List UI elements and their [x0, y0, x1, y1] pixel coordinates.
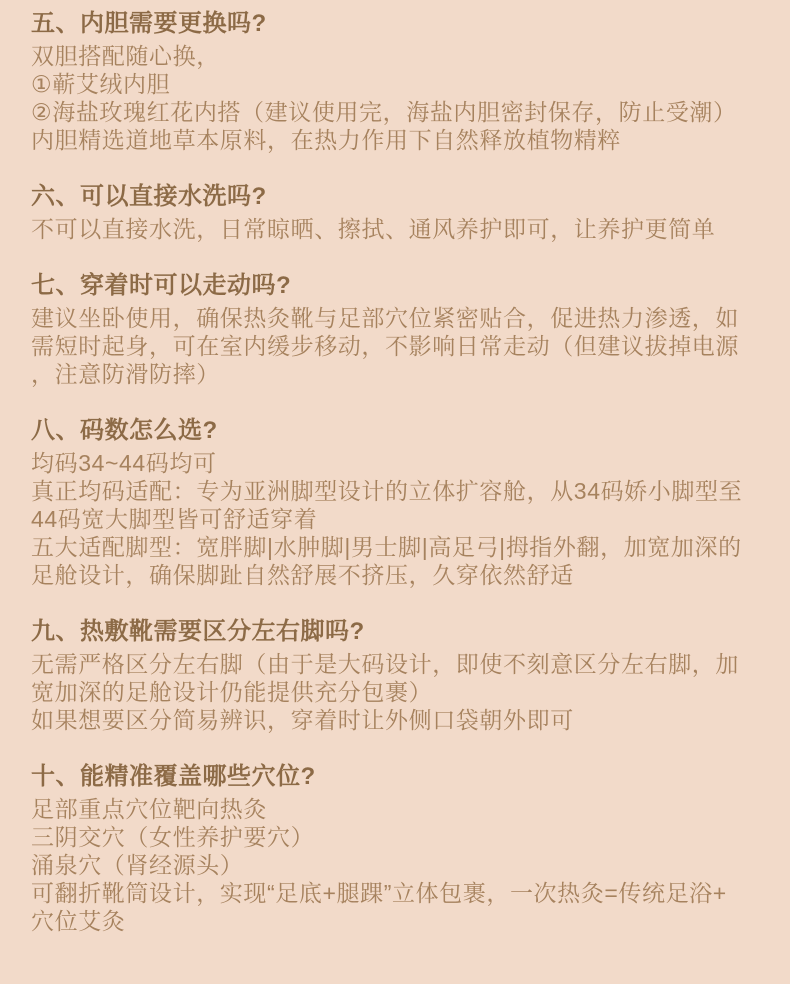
faq-answer-line: 可翻折靴筒设计，实现“足底+腿踝”立体包裹，一次热灸=传统足浴+ [31, 879, 764, 907]
faq-answer-line: 涌泉穴（肾经源头） [31, 851, 764, 879]
faq-answer-line: 如果想要区分简易辨识，穿着时让外侧口袋朝外即可 [31, 706, 764, 734]
faq-page: 五、内胆需要更换吗? 双胆搭配随心换， ①蕲艾绒内胆 ②海盐玫瑰红花内搭（建议使… [0, 0, 790, 984]
faq-section-left-right-foot: 九、热敷靴需要区分左右脚吗? 无需严格区分左右脚（由于是大码设计，即使不刻意区分… [31, 618, 764, 734]
faq-answer-line: 双胆搭配随心换， [31, 42, 764, 70]
faq-answer-line: 穴位艾灸 [31, 907, 764, 935]
faq-answer-line: 无需严格区分左右脚（由于是大码设计，即使不刻意区分左右脚，加 [31, 650, 764, 678]
faq-question: 八、码数怎么选? [31, 417, 764, 445]
faq-question: 九、热敷靴需要区分左右脚吗? [31, 618, 764, 646]
faq-question: 六、可以直接水洗吗? [31, 183, 764, 211]
faq-answer-line: 不可以直接水洗，日常晾晒、擦拭、通风养护即可，让养护更简单 [31, 215, 764, 243]
faq-answer-line: 均码34~44码均可 [31, 449, 764, 477]
faq-section-washing: 六、可以直接水洗吗? 不可以直接水洗，日常晾晒、擦拭、通风养护即可，让养护更简单 [31, 183, 764, 243]
faq-answer-line: ①蕲艾绒内胆 [31, 70, 764, 98]
faq-answer-line: ，注意防滑防摔） [31, 360, 764, 388]
faq-answer-line: 足舱设计，确保脚趾自然舒展不挤压，久穿依然舒适 [31, 561, 764, 589]
faq-answer-line: 建议坐卧使用，确保热灸靴与足部穴位紧密贴合，促进热力渗透，如 [31, 304, 764, 332]
faq-section-liner-replacement: 五、内胆需要更换吗? 双胆搭配随心换， ①蕲艾绒内胆 ②海盐玫瑰红花内搭（建议使… [31, 10, 764, 154]
faq-answer-line: 需短时起身，可在室内缓步移动，不影响日常走动（但建议拔掉电源 [31, 332, 764, 360]
faq-section-sizing: 八、码数怎么选? 均码34~44码均可 真正均码适配：专为亚洲脚型设计的立体扩容… [31, 417, 764, 589]
faq-section-acupoints: 十、能精准覆盖哪些穴位? 足部重点穴位靶向热灸 三阴交穴（女性养护要穴） 涌泉穴… [31, 763, 764, 935]
faq-answer-line: 足部重点穴位靶向热灸 [31, 795, 764, 823]
faq-answer-line: 内胆精选道地草本原料，在热力作用下自然释放植物精粹 [31, 126, 764, 154]
faq-answer-line: ②海盐玫瑰红花内搭（建议使用完，海盐内胆密封保存，防止受潮） [31, 98, 764, 126]
faq-answer-line: 真正均码适配：专为亚洲脚型设计的立体扩容舱，从34码娇小脚型至 [31, 477, 764, 505]
faq-answer-line: 44码宽大脚型皆可舒适穿着 [31, 505, 764, 533]
faq-question: 七、穿着时可以走动吗? [31, 272, 764, 300]
faq-section-walking: 七、穿着时可以走动吗? 建议坐卧使用，确保热灸靴与足部穴位紧密贴合，促进热力渗透… [31, 272, 764, 388]
faq-question: 五、内胆需要更换吗? [31, 10, 764, 38]
faq-answer-line: 五大适配脚型：宽胖脚|水肿脚|男士脚|高足弓|拇指外翻，加宽加深的 [31, 533, 764, 561]
faq-answer-line: 宽加深的足舱设计仍能提供充分包裹） [31, 678, 764, 706]
faq-answer-line: 三阴交穴（女性养护要穴） [31, 823, 764, 851]
faq-question: 十、能精准覆盖哪些穴位? [31, 763, 764, 791]
